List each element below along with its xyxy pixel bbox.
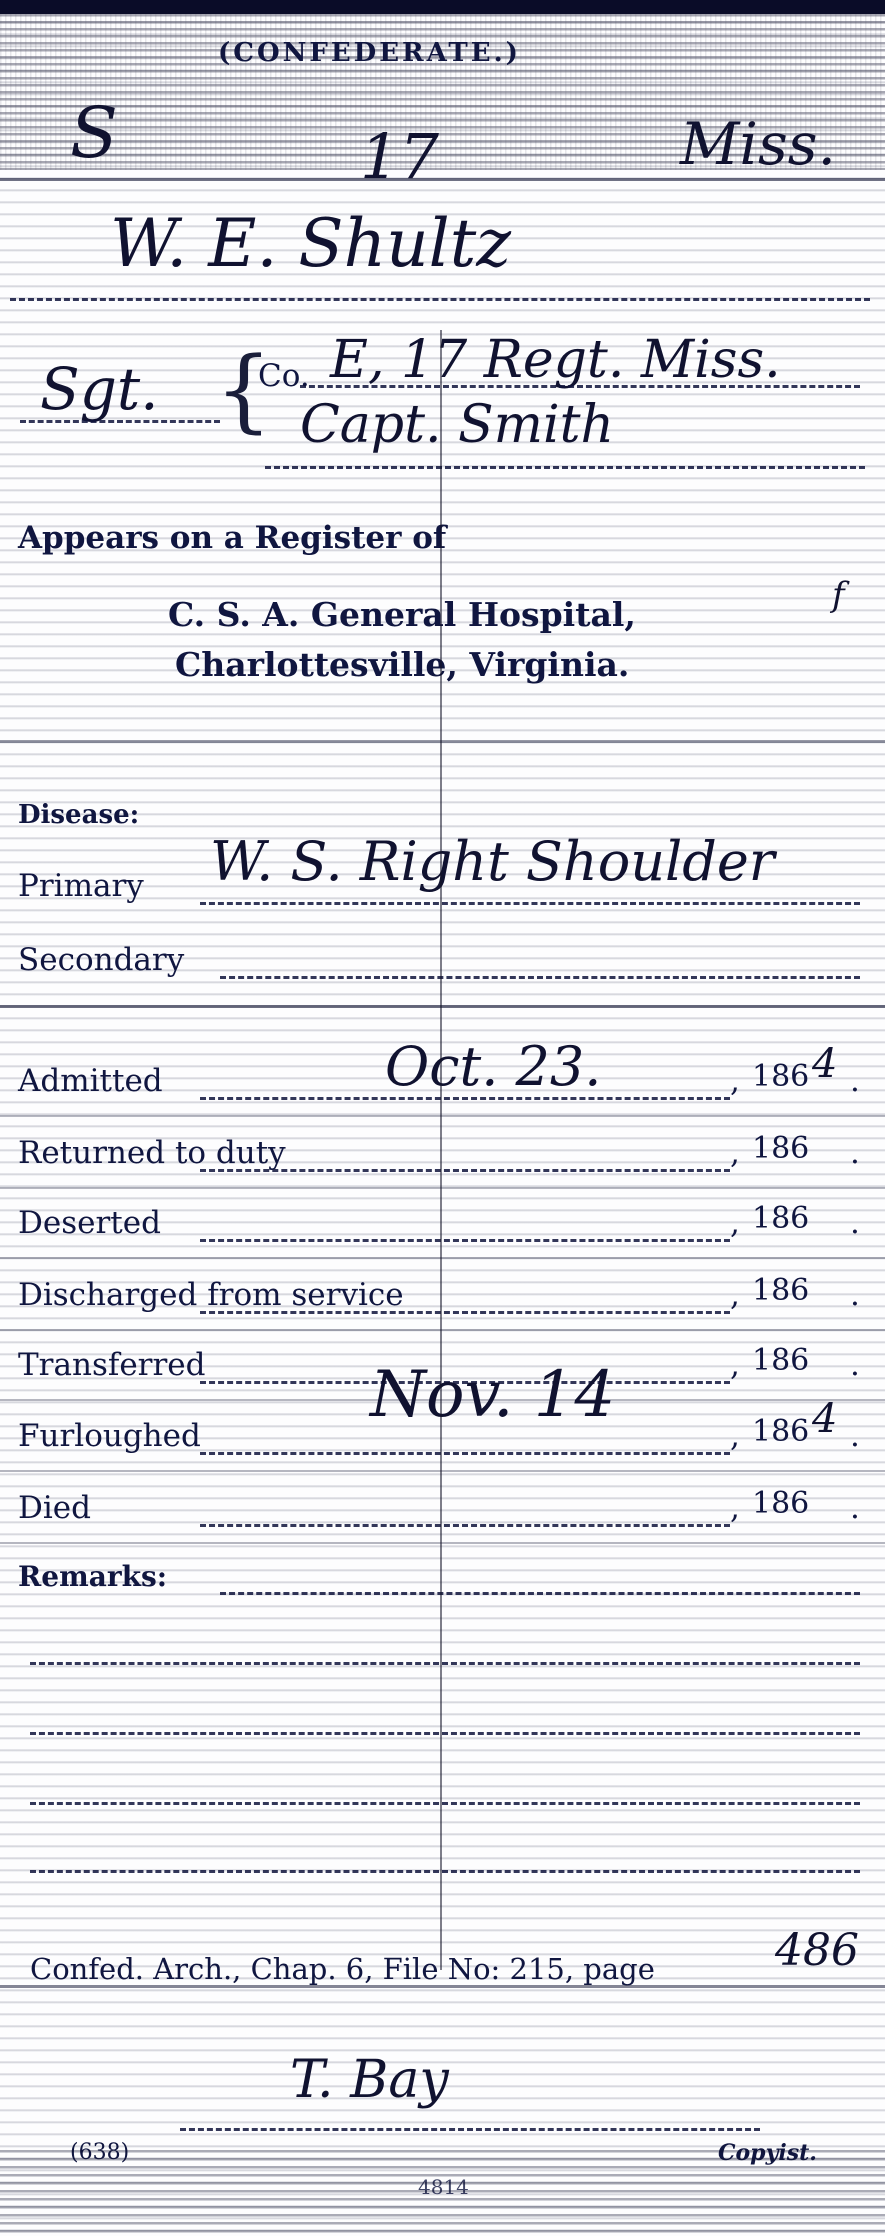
captain-entry: Capt. Smith [300,395,614,455]
event-year-prefix: 186 [752,1201,809,1236]
event-label: Discharged from service [18,1277,404,1313]
event-year-prefix: 186 [752,1273,809,1308]
event-row-rule [0,1187,885,1189]
remarks-dotted-line [220,1592,860,1595]
event-label: Returned to duty [18,1135,286,1171]
period-mark: . [850,1135,860,1171]
secondary-label: Secondary [18,942,184,978]
period-mark: . [850,1418,860,1454]
comma-separator: , [730,1205,740,1241]
event-year-prefix: 186 [752,1131,809,1166]
rank-dotted-line [20,420,220,423]
captain-dotted-line [265,466,865,469]
primary-label: Primary [18,868,144,904]
remarks-dotted-line-3 [30,1732,860,1735]
event-label: Died [18,1490,91,1526]
event-row-rule [0,1115,885,1117]
comma-separator: , [730,1347,740,1383]
period-mark: . [850,1277,860,1313]
remarks-dotted-line-4 [30,1802,860,1805]
event-date: Nov. 14 [370,1358,615,1432]
hospital-name-line1: C. S. A. General Hospital, [168,595,636,634]
event-label: Admitted [18,1063,163,1099]
secondary-dotted-line [220,976,860,979]
event-label: Furloughed [18,1418,201,1454]
remarks-dotted-line-5 [30,1870,860,1873]
header-rule [0,178,885,181]
primary-disease-value: W. S. Right Shoulder [210,830,775,893]
handwritten-initial: S [70,92,118,174]
event-year-suffix: 4 [812,1041,837,1087]
period-mark: . [850,1205,860,1241]
comma-separator: , [730,1135,740,1171]
handwritten-regiment-number: 17 [360,120,439,193]
event-row-rule [0,1257,885,1259]
event-row-rule [0,1329,885,1331]
event-date: Oct. 23. [385,1035,601,1098]
hospital-name-line2: Charlottesville, Virginia. [175,645,629,684]
event-label: Deserted [18,1205,161,1241]
card-top-edge [0,0,885,14]
event-row-rule [0,1542,885,1544]
period-mark: . [850,1347,860,1383]
disease-heading: Disease: [18,800,139,830]
name-dotted-line [10,298,870,301]
section-rule [0,740,885,743]
event-year-prefix: 186 [752,1486,809,1521]
handwritten-state: Miss. [680,110,836,178]
event-dotted-line [200,1524,730,1527]
card-header-title: (CONFEDERATE.) [218,38,521,68]
event-year-prefix: 186 [752,1414,809,1449]
register-intro: Appears on a Register of [18,520,446,556]
company-entry: E, 17 Regt. Miss. [330,330,781,390]
remarks-dotted-line-2 [30,1662,860,1665]
archive-page-number: 486 [775,1925,859,1976]
event-dotted-line [200,1239,730,1242]
company-dotted-line [300,385,860,388]
soldier-rank: Sgt. [40,355,159,423]
event-year-suffix: 4 [812,1396,837,1442]
event-dotted-line [200,1169,730,1172]
event-year-prefix: 186 [752,1343,809,1378]
period-mark: . [850,1490,860,1526]
service-record-card: (CONFEDERATE.) S 17 Miss. W. E. Shultz S… [0,0,885,2236]
event-label: Transferred [18,1347,206,1383]
bottom-noise-band [0,2150,885,2236]
footer-rule [0,1985,885,1988]
comma-separator: , [730,1490,740,1526]
event-dotted-line [200,1452,730,1455]
margin-mark: f [832,575,845,615]
primary-dotted-line [200,902,860,905]
comma-separator: , [730,1418,740,1454]
company-label: Co. [258,358,310,394]
disease-rule [0,1005,885,1008]
event-dotted-line [200,1311,730,1314]
fold-crease [440,330,442,1970]
comma-separator: , [730,1063,740,1099]
signature-dotted-line [180,2128,760,2131]
soldier-name: W. E. Shultz [110,205,511,282]
period-mark: . [850,1063,860,1099]
comma-separator: , [730,1277,740,1313]
remarks-label: Remarks: [18,1560,167,1593]
event-row-rule [0,1470,885,1472]
copyist-signature: T. Bay [290,2050,449,2110]
event-year-prefix: 186 [752,1059,809,1094]
archive-reference: Confed. Arch., Chap. 6, File No: 215, pa… [30,1952,655,1986]
